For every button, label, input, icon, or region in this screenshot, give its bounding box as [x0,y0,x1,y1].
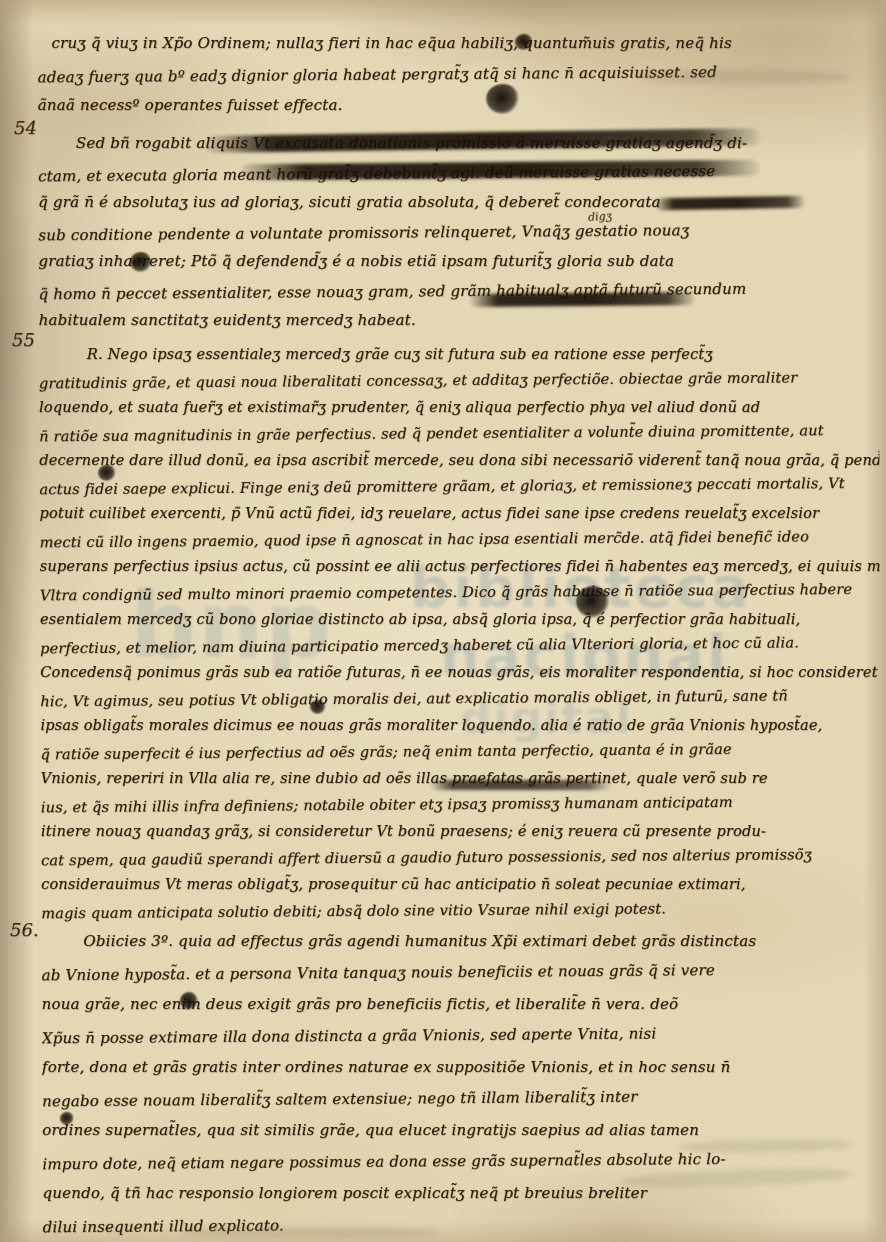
manuscript-line: perfectius, et melior, nam diuina partic… [40,630,880,663]
manuscript-line: Obiicies 3º. quia ad effectus grãs agend… [41,925,881,957]
paragraph-55: R. Nego ipsaʒ essentialeʒ mercedʒ grãe c… [39,340,882,927]
paragraph-56: Obiicies 3º. quia ad effectus grãs agend… [41,924,882,1242]
manuscript-line: Vltra condignũ sed multo minori praemio … [40,577,880,610]
manuscript-line: hic, Vt agimus, seu potius Vt obligatio … [40,683,880,716]
manuscript-line: noua grãe, nec enim deus exigit grãs pro… [42,988,882,1020]
manuscript-line: magis quam anticipata solutio debiti; ab… [41,895,881,928]
margin-number-54: 54 [14,118,37,139]
manuscript-line: considerauimus Vt meras obligat̃ʒ, prose… [41,871,881,898]
handwritten-text-layer: cruʒ q̃ viuʒ in Xp̃o Ordinem; nullaʒ fie… [37,4,882,1242]
manuscript-line: sub conditione pendente a voluntate prom… [38,214,878,250]
manuscript-line: q̃ ratiõe superfecit é ius perfectius ad… [40,736,880,769]
manuscript-line: adeaʒ fuerʒ qua bº eadʒ dignior gloria h… [37,56,877,94]
margin-number-56: 56. [10,920,39,941]
manuscript-line: ipsas obligat̃s morales dicimus ee nouas… [40,712,880,739]
interlinear-insertion: digʒ [588,209,613,224]
manuscript-line: dilui insequenti illud explicato. [43,1206,883,1242]
intro-paragraph: cruʒ q̃ viuʒ in Xp̃o Ordinem; nullaʒ fie… [37,26,877,123]
manuscript-line: cruʒ q̃ viuʒ in Xp̃o Ordinem; nullaʒ fie… [37,28,877,59]
manuscript-line: itinere nouaʒ quandaʒ grãʒ, si considere… [41,818,881,845]
manuscript-line: loquendo, et suata fuer̃ʒ et existimar̃ʒ… [39,395,879,422]
manuscript-line: ius, et q̃s mihi illis infra definiens; … [41,789,881,822]
manuscript-line: ab Vnione hypost̃a. et a persona Vnita t… [41,954,881,992]
manuscript-line: actus fidei saepe explicui. Finge eniʒ d… [39,471,879,504]
manuscript-line: Vnionis, reperiri in Vlla alia re, sine … [41,765,881,792]
manuscript-line: ordines supernat̃les, qua sit similis gr… [42,1114,882,1145]
manuscript-line: ãnaã necessº operantes fuisset effecta. [38,90,878,121]
manuscript-line: q̃ grã n̄ é absolutaʒ ius ad gloriaʒ, si… [38,188,878,218]
manuscript-line: Sed bñ rogabit aliquis Vt excusata donat… [38,129,878,158]
manuscript-line: gratiaʒ inhaereret; Ptõ q̃ defendend̃ʒ é… [38,247,878,277]
manuscript-line: negabo esse nouam liberalit̃ʒ saltem ext… [42,1080,882,1118]
manuscript-line: forte, dona et grãs gratis inter ordines… [42,1051,882,1082]
manuscript-line: Concedensq̃ ponimus grãs sub ea ratiõe f… [40,659,880,686]
manuscript-line: decernente dare illud donũ, ea ipsa ascr… [39,448,879,475]
manuscript-line: n̄ ratiõe sua magnitudinis in grãe perfe… [39,418,879,451]
margin-number-55: 55 [12,330,35,351]
paragraph-54: Sed bñ rogabit aliquis Vt excusata donat… [38,127,879,337]
manuscript-line: q̃ homo n̄ peccet essentialiter, esse no… [38,273,878,309]
manuscript-line: ctam, et executa gloria meant horũ grat̃… [38,155,878,191]
manuscript-line: superans perfectius ipsius actus, cũ pos… [40,554,880,581]
manuscript-line: quendo, q̃ tñ hac responsio longiorem po… [42,1177,882,1208]
manuscript-line: Xp̃us n̄ posse extimare illa dona distin… [42,1017,882,1055]
manuscript-line: impuro dote, neq̃ etiam negare possimus … [42,1143,882,1181]
manuscript-line: esentialem mercedʒ cũ bono gloriae disti… [40,607,880,634]
manuscript-line: mecti cũ illo ingens praemio, quod ipse … [40,524,880,557]
manuscript-line: potuit cuilibet exercenti, p̃ Vnũ actũ f… [40,501,880,528]
manuscript-page: bnp biblioteca nacional digital 54 55 56… [0,0,886,1242]
manuscript-line: cat spem, qua gaudiũ sperandi affert diu… [41,842,881,875]
manuscript-line: habitualem sanctitatʒ euidentʒ mercedʒ h… [39,306,879,336]
manuscript-line: gratitudinis grãe, et quasi noua liberal… [39,365,879,398]
manuscript-line: R. Nego ipsaʒ essentialeʒ mercedʒ grãe c… [39,342,879,369]
